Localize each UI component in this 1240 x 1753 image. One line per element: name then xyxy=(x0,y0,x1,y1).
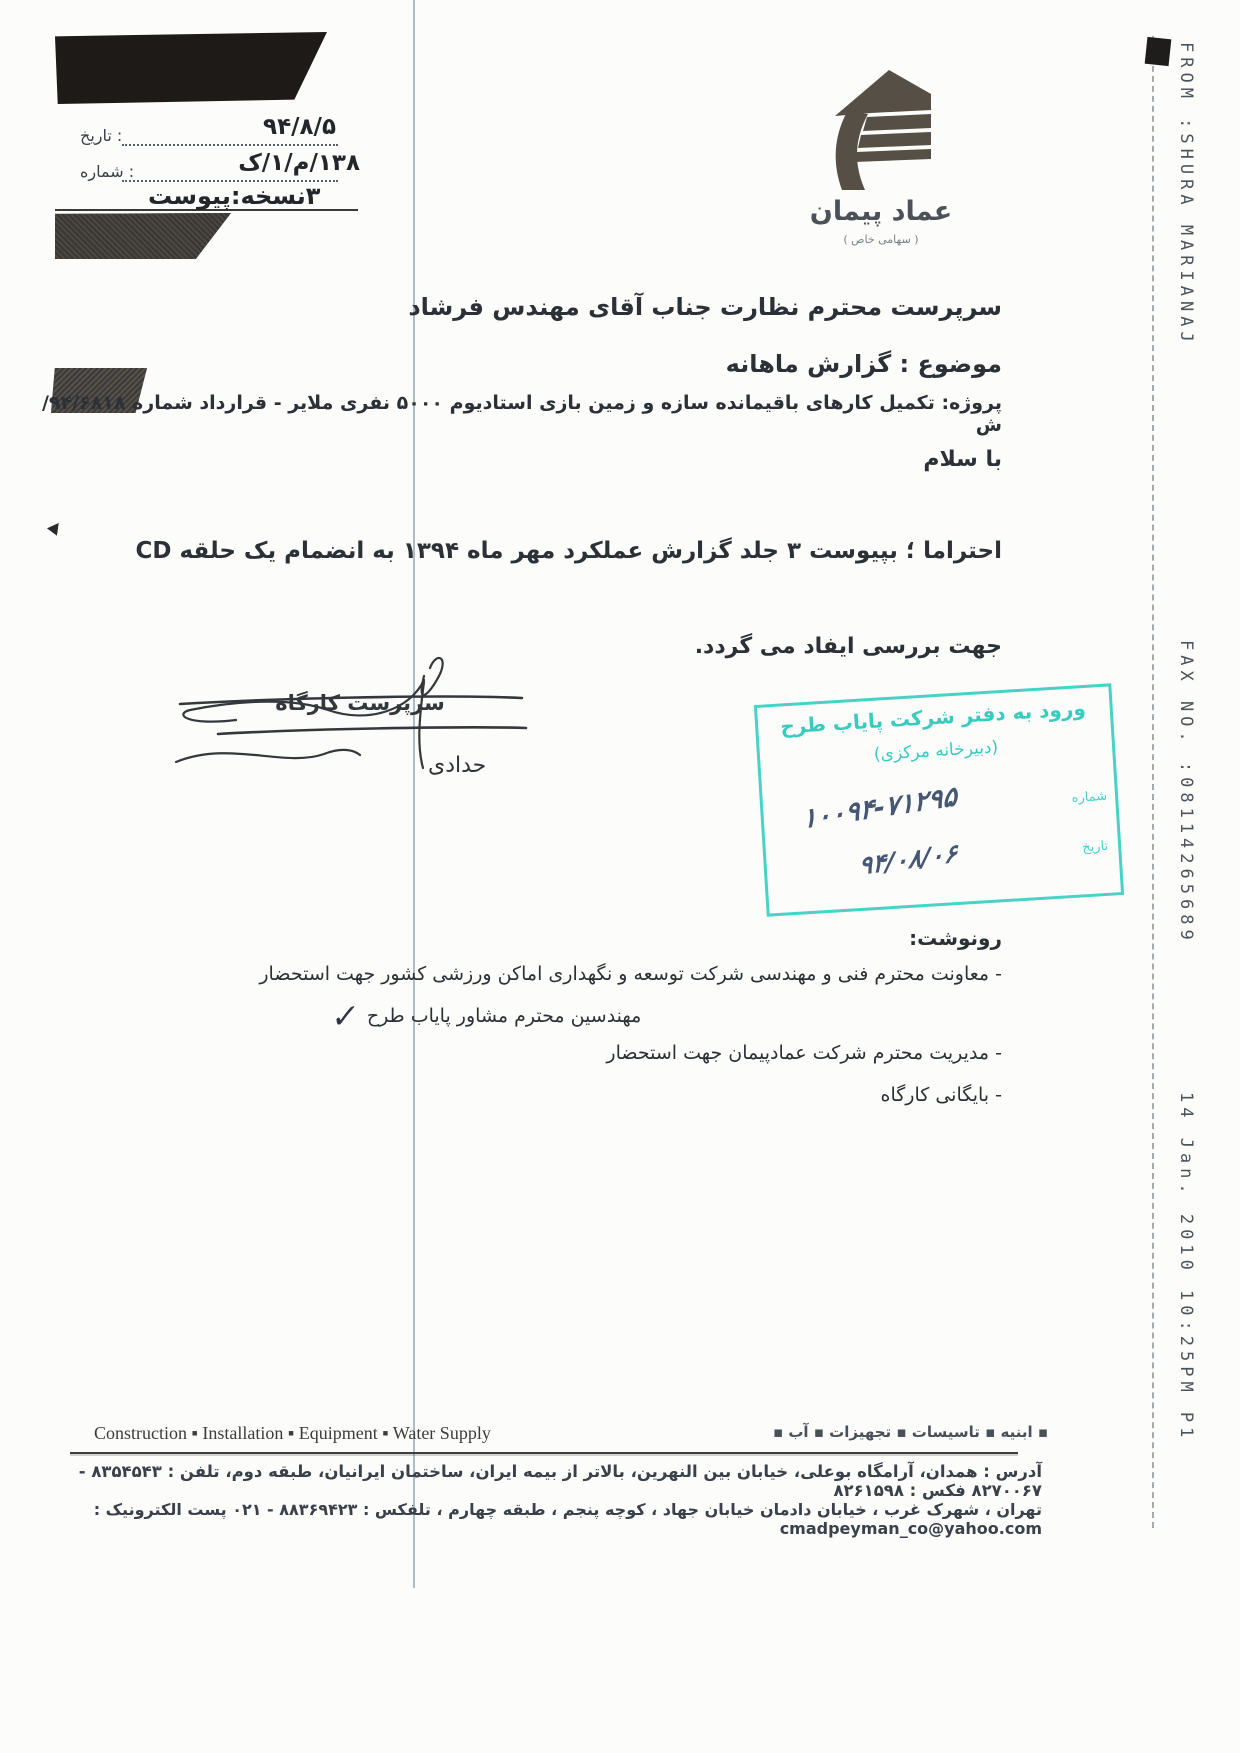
scan-edge-line xyxy=(1152,36,1154,1528)
company-name: عماد پیمان xyxy=(806,196,956,227)
cc-item-1: - معاونت محترم فنی و مهندسی شرکت توسعه و… xyxy=(60,963,1002,985)
date-label: تاریخ : xyxy=(80,126,122,145)
scan-corner-mark xyxy=(1145,37,1172,66)
letterhead-date-block: تاریخ : ۹۴/۸/۵ شماره : ۱۳۸/م/۱/ک xyxy=(78,118,378,190)
footer-divider xyxy=(70,1452,1018,1454)
receiving-stamp: ورود به دفتر شرکت پایاب طرح (دبیرخانه مر… xyxy=(754,683,1124,916)
salutation-line: با سلام xyxy=(60,447,1002,472)
scanned-fax-letter: FROM :SHURA MARIANAJ FAX NO. :0811426568… xyxy=(0,0,1240,1753)
copies-note: ۳نسخه:پیوست xyxy=(148,182,320,210)
signature-scribble: سرپرست کارگاه حدادی xyxy=(172,648,532,780)
date-dotted-line xyxy=(122,144,338,146)
date-row: تاریخ : ۹۴/۸/۵ xyxy=(78,118,378,154)
date-value: ۹۴/۸/۵ xyxy=(263,114,336,140)
redaction-bar-top xyxy=(55,32,327,104)
cc-item-2: ✓ مهندسین محترم مشاور پایاب طرح xyxy=(332,1000,641,1032)
cc-heading: رونوشت: xyxy=(60,926,1002,950)
redaction-bar-small xyxy=(55,213,231,259)
signature-block: سرپرست کارگاه حدادی xyxy=(172,648,532,784)
stamp-title: ورود به دفتر شرکت پایاب طرح xyxy=(766,695,1101,739)
stamp-date-value: ۹۴/۰۸/۰۶ xyxy=(859,838,957,880)
address-line-hamadan: آدرس : همدان، آرامگاه بوعلی، خیابان بین … xyxy=(46,1462,1042,1500)
cc-item-4: - بایگانی کارگاه xyxy=(60,1084,1002,1106)
company-letterhead: عماد پیمان ( سهامی خاص ) xyxy=(806,66,956,246)
company-logo-icon xyxy=(825,66,937,194)
stamp-number-label: شماره xyxy=(1071,789,1107,806)
recipient-line: سرپرست محترم نظارت جناب آقای مهندس فرشاد xyxy=(60,293,1002,321)
fax-datetime-text: 14 Jan. 2010 10:25PM P1 xyxy=(1176,1092,1196,1442)
signature-name: حدادی xyxy=(428,753,486,778)
fax-number-text: FAX NO. :08114265689 xyxy=(1176,640,1196,945)
project-line: پروژه: تکمیل کارهای باقیمانده سازه و زمی… xyxy=(40,392,1002,436)
stamp-subtitle: (دبیرخانه مرکزی) xyxy=(820,734,1053,768)
services-list-english: Construction ▪ Installation ▪ Equipment … xyxy=(94,1423,491,1444)
margin-tick-mark xyxy=(46,521,59,535)
stamp-number-value: ۱۰۰۹۴-۷۱۲۹۵ xyxy=(802,781,957,835)
number-value: ۱۳۸/م/۱/ک xyxy=(238,150,360,176)
fax-from-text: FROM :SHURA MARIANAJ xyxy=(1176,42,1196,347)
address-line-tehran: تهران ، شهرک غرب ، خیابان دادمان خیابان … xyxy=(46,1500,1042,1538)
number-label: شماره : xyxy=(80,162,134,181)
page-fold-line xyxy=(413,0,415,1588)
checkmark-icon: ✓ xyxy=(330,999,361,1034)
body-line-1: احتراما ؛ بپیوست ۳ جلد گزارش عملکرد مهر … xyxy=(60,538,1002,564)
subject-line: موضوع : گزارش ماهانه xyxy=(60,350,1002,378)
stamp-date-label: تاریخ xyxy=(1082,839,1109,856)
cc-item-3: - مدیریت محترم شرکت عمادپیمان جهت استحضا… xyxy=(60,1042,1002,1064)
cc-item-2-text: مهندسین محترم مشاور پایاب طرح xyxy=(367,1000,642,1027)
signature-title: سرپرست کارگاه xyxy=(275,690,445,715)
services-list-persian: ▪ ابنیه ▪ تاسیسات ▪ تجهیزات ▪ آب ▪ xyxy=(773,1423,1048,1441)
company-type: ( سهامی خاص ) xyxy=(806,233,956,246)
